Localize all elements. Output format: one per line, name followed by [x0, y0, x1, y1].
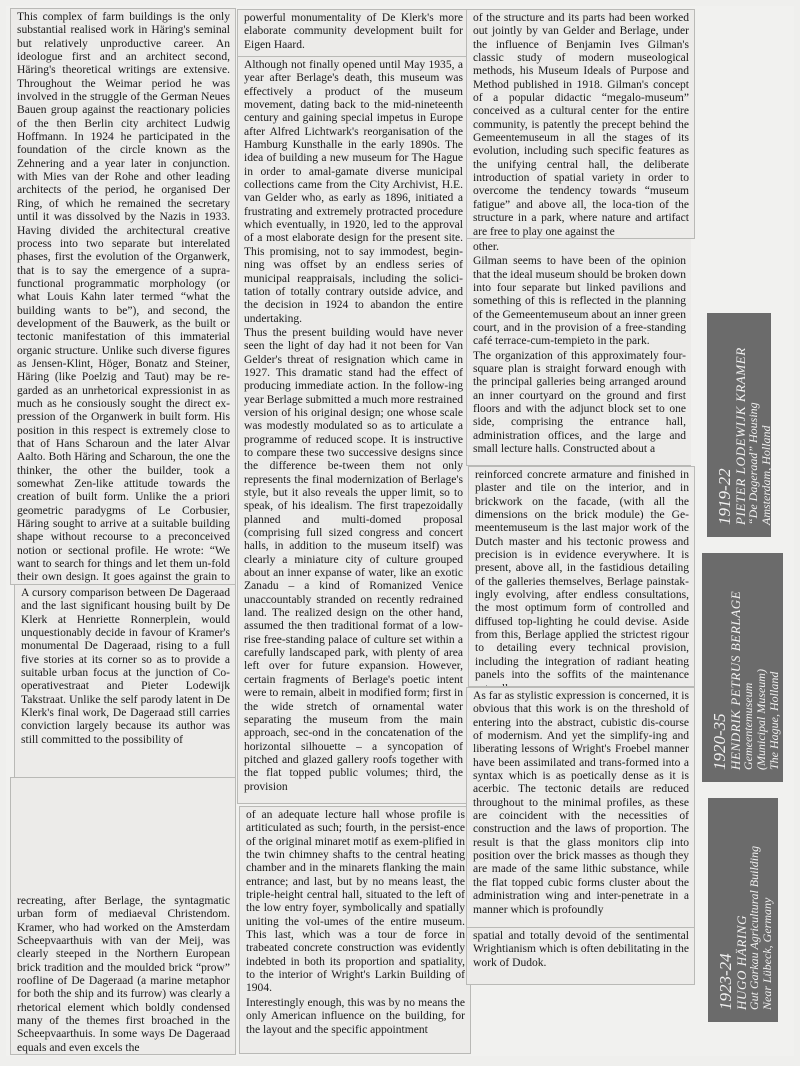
paragraph: spatial and totally devoid of the sentim… — [473, 930, 689, 970]
caption-year: 1920-35 — [710, 563, 729, 770]
text-clip-dageraad-comparison: A cursory comparison between De Dageraad… — [14, 584, 236, 778]
text-clip-haring: This complex of farm buildings is the on… — [10, 8, 236, 585]
paragraph: of an adequate lecture hall whose profil… — [246, 809, 465, 996]
text-clip-kramer: recreating, after Berlage, the syntagmat… — [10, 892, 236, 1055]
text-clip-dudok: spatial and totally devoid of the sentim… — [466, 927, 695, 985]
paragraph: of the structure and its parts had been … — [473, 12, 689, 239]
paragraph: powerful monumentality of De Klerk's mor… — [244, 12, 463, 52]
paragraph: A cursory comparison between De Dageraad… — [21, 587, 230, 747]
text-clip-pavilions: other. Gilman seems to have been of the … — [466, 238, 691, 466]
paragraph: Thus the present building would have nev… — [244, 327, 463, 794]
text-clip-museum-history: Although not finally opened until May 19… — [237, 56, 469, 804]
paragraph: Gilman seems to have been of the opinion… — [473, 255, 686, 348]
caption-year: 1919-22 — [715, 323, 734, 525]
paragraph: Although not finally opened until May 19… — [244, 59, 463, 326]
caption-label-berlage: 1920-35 HENDRIK PETRUS BERLAGE Gemeentem… — [702, 553, 783, 782]
caption-line: The Hague, Holland — [768, 563, 781, 770]
text-clip-lecture-hall: of an adequate lecture hall whose profil… — [239, 806, 471, 1054]
paragraph: Interestingly enough, this was by no mea… — [246, 997, 465, 1037]
paragraph: recreating, after Berlage, the syntagmat… — [17, 895, 230, 1055]
paragraph: This complex of farm buildings is the on… — [17, 11, 230, 585]
text-clip-eigen-haard: powerful monumentality of De Klerk's mor… — [237, 9, 469, 57]
paragraph: As far as stylistic expression is concer… — [473, 690, 689, 917]
text-clip-gilman: of the structure and its parts had been … — [466, 9, 695, 239]
paragraph: other. — [473, 241, 686, 254]
caption-line: Amsterdam, Holland — [760, 323, 773, 525]
paragraph: The organization of this approximately f… — [473, 350, 686, 457]
caption-label-haring: 1923-24 HUGO HÄRING Gut Garkau Agricultu… — [708, 798, 778, 1022]
text-clip-stylistic: As far as stylistic expression is concer… — [466, 687, 695, 928]
text-clip-construction: reinforced concrete armature and finishe… — [468, 466, 695, 687]
caption-year: 1923-24 — [716, 808, 735, 1010]
text-clip-kramer-top — [10, 777, 236, 893]
caption-label-kramer: 1919-22 PIETER LODEWIJK KRAMER “De Dager… — [707, 313, 771, 537]
caption-line: Near Lübeck, Germany — [761, 808, 774, 1010]
paragraph: reinforced concrete armature and finishe… — [475, 469, 689, 687]
